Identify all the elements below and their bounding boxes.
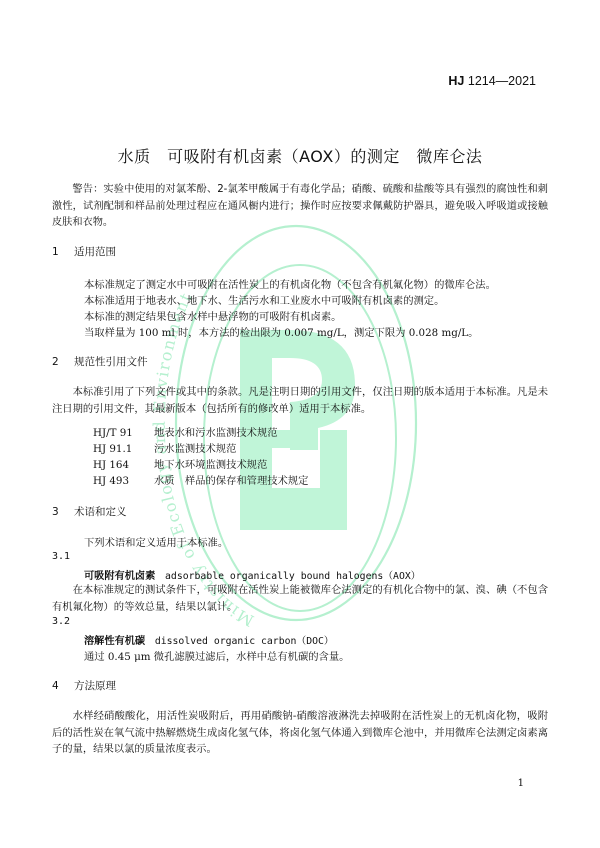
warning-paragraph: 警告：实验中使用的对氯苯酚、2-氯苯甲酸属于有毒化学品；硝酸、硫酸和盐酸等具有强… [52,182,548,232]
standard-prefix: HJ [448,74,464,88]
term-definition: 在本标准规定的测试条件下，可吸附在活性炭上能被微库仑法测定的有机化合物中的氯、溴… [52,582,548,615]
section-title: 规范性引用文件 [74,356,148,368]
term-number: 3.2 [52,616,70,627]
section-title: 适用范围 [74,246,116,258]
scope-line-1: 本标准规定了测定水中可吸附在活性炭上的有机卤化物（不包含有机氟化物）的微库仑法。 [84,276,496,291]
terms-intro: 下列术语和定义适用于本标准。 [84,534,228,549]
section-number: 2 [52,356,74,368]
standard-code: 1214—2021 [468,74,536,88]
section-heading-1: 1适用范围 [52,244,116,259]
term-entry: 溶解性有机碳 dissolved organic carbon（DOC） [84,632,334,647]
term-chinese: 可吸附有机卤素 [84,571,155,582]
term-chinese: 溶解性有机碳 [84,636,145,647]
reference-item: HJ 493水质 样品的保存和管理技术规定 [93,472,308,487]
term-english: adsorbable organically bound halogens（AO… [165,571,421,582]
reference-item: HJ 164地下水环境监测技术规范 [93,456,267,471]
term-entry: 可吸附有机卤素 adsorbable organically bound hal… [84,567,421,582]
section-heading-4: 4方法原理 [52,678,116,693]
term-definition: 通过 0.45 μm 微孔滤膜过滤后，水样中总有机碳的含量。 [84,648,349,663]
section-number: 4 [52,680,74,692]
document-title: 水质 可吸附有机卤素（AOX）的测定 微库仑法 [0,144,600,167]
scope-line-4: 当取样量为 100 ml 时，本方法的检出限为 0.007 mg/L，测定下限为… [84,324,478,339]
section-heading-3: 3术语和定义 [52,504,127,519]
reference-title: 污水监测技术规范 [154,443,236,455]
scope-line-3: 本标准的测定结果包含水样中悬浮物的可吸附有机卤素。 [84,308,341,323]
scope-line-2: 本标准适用于地表水、地下水、生活污水和工业废水中可吸附有机卤素的测定。 [84,292,444,307]
reference-code: HJ 164 [93,459,154,471]
reference-item: HJ 91.1污水监测技术规范 [93,440,236,455]
section-title: 术语和定义 [74,506,127,518]
term-number: 3.1 [52,551,70,562]
section-heading-2: 2规范性引用文件 [52,354,148,369]
reference-item: HJ/T 91地表水和污水监测技术规范 [93,424,278,439]
standard-number: HJ 1214—2021 [448,74,536,88]
reference-title: 地下水环境监测技术规范 [154,459,267,471]
term-english: dissolved organic carbon（DOC） [155,636,334,647]
section-title: 方法原理 [74,680,116,692]
reference-code: HJ 91.1 [93,443,154,455]
section-number: 1 [52,246,74,258]
reference-title: 水质 样品的保存和管理技术规定 [154,475,308,487]
reference-title: 地表水和污水监测技术规范 [154,427,278,439]
section-number: 3 [52,506,74,518]
page-number: 1 [518,778,524,789]
reference-code: HJ 493 [93,475,154,487]
references-intro: 本标准引用了下列文件或其中的条款。凡是注明日期的引用文件，仅注日期的版本适用于本… [52,384,548,417]
reference-code: HJ/T 91 [93,427,154,439]
principle-paragraph: 水样经硝酸酸化，用活性炭吸附后，再用硝酸钠-硝酸溶液淋洗去掉吸附在活性炭上的无机… [52,708,548,758]
